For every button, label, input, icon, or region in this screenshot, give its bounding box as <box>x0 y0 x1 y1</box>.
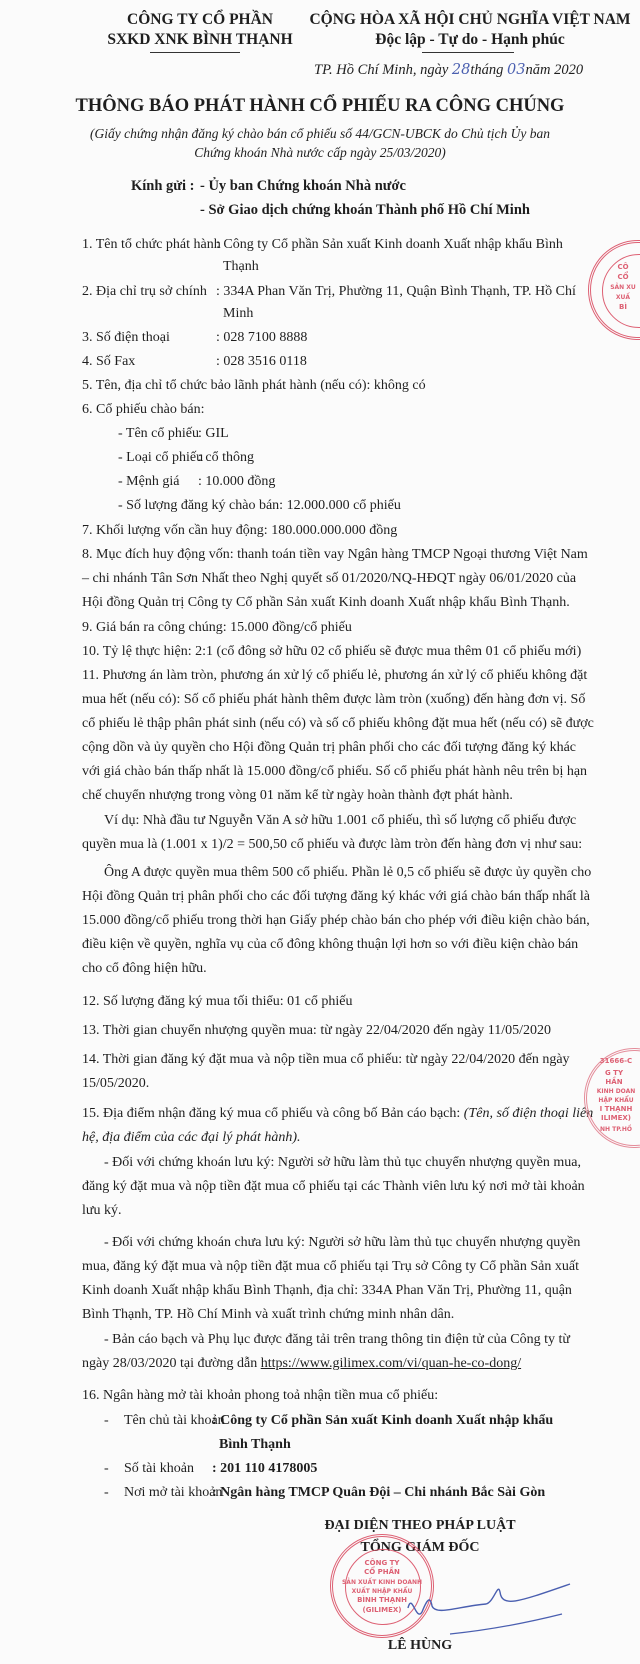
item-6-ticker-value: : GIL <box>198 424 229 444</box>
account-holder-bullet: - <box>104 1411 109 1431</box>
company-line-1: CÔNG TY CỔ PHẦN <box>100 10 300 30</box>
date-year: năm 2020 <box>525 62 583 78</box>
account-number-label: Số tài khoản <box>124 1459 194 1479</box>
account-number-value: : 201 110 4178005 <box>212 1459 317 1479</box>
item-6: 6. Cổ phiếu chào bán: <box>82 400 204 420</box>
margin-seal-top: CÔ CỔ SẢN XU XUẤ BÌ <box>588 240 640 340</box>
margin-seal-bottom-line-3: HẦN <box>547 1078 640 1087</box>
national-motto: CỘNG HÒA XÃ HỘI CHỦ NGHĨA VIỆT NAM Độc l… <box>300 10 640 50</box>
item-6-quantity: - Số lượng đăng ký chào bán: 12.000.000 … <box>118 496 401 516</box>
margin-seal-bottom-line-6: I THẠNH <box>551 1105 640 1114</box>
item-8-line-3: Hội đồng Quản trị Công ty Cổ phần Sản xu… <box>82 593 570 613</box>
item-11-line-2: mua hết (nếu có): Số cổ phiếu phát hành … <box>82 690 585 710</box>
account-bank-value: : Ngân hàng TMCP Quân Đội – Chi nhánh Bắ… <box>212 1483 545 1503</box>
item-11-line-5: với giá chào bán thấp nhất là 15.000 đồn… <box>82 762 587 782</box>
item-7: 7. Khối lượng vốn cần huy động: 180.000.… <box>82 521 397 541</box>
document-date: TP. Hồ Chí Minh, ngày 28tháng 03năm 2020 <box>314 60 583 80</box>
example-line-1: Ví dụ: Nhà đầu tư Nguyễn Văn A sở hữu 1.… <box>104 811 576 831</box>
document-title: THÔNG BÁO PHÁT HÀNH CỔ PHIẾU RA CÔNG CHÚ… <box>0 96 640 117</box>
date-month-handwritten: 03 <box>507 62 525 78</box>
company-name: CÔNG TY CỔ PHẦN SXKD XNK BÌNH THẠNH <box>100 10 300 50</box>
item-10: 10. Tỷ lệ thực hiện: 2:1 (cổ đông sở hữu… <box>82 642 581 662</box>
margin-seal-bottom-line-8: NH TP.HỒ <box>551 1125 640 1134</box>
margin-seal-bottom: 31666-C G TY HẦN KINH DOAN HẬP KHẨU I TH… <box>584 1048 640 1148</box>
item-6-ticker-label: - Tên cổ phiếu <box>118 424 199 444</box>
margin-seal-top-line-1: CÔ <box>561 263 640 272</box>
item-1-value: : Công ty Cổ phần Sản xuất Kinh doanh Xu… <box>216 235 563 255</box>
certificate-note-line-2: Chứng khoán Nhà nước cấp ngày 25/03/2020… <box>0 143 640 163</box>
item-1-value-cont: Thạnh <box>223 257 259 277</box>
margin-seal-top-line-5: BÌ <box>561 303 640 312</box>
margin-seal-top-line-2: CỔ <box>561 273 640 282</box>
item-15-bullet-3-line-2: ngày 28/03/2020 tại đường dẫn https://ww… <box>82 1354 521 1374</box>
item-6-type-label: - Loại cổ phiếu <box>118 448 203 468</box>
item-15-bullet-1-line-1: - Đối với chứng khoán lưu ký: Người sở h… <box>104 1153 581 1173</box>
example2-line-2: Hội đồng Quản trị phân phối cho các đối … <box>82 887 590 907</box>
item-15-line-1: 15. Địa điểm nhận đăng ký mua cổ phiếu v… <box>82 1104 593 1124</box>
account-bank-label: Nơi mở tài khoản <box>124 1483 222 1503</box>
item-8-line-1: 8. Mục đích huy động vốn: thanh toán tiề… <box>82 545 588 565</box>
margin-seal-top-line-3: SẢN XU <box>561 283 640 292</box>
account-holder-value-cont: Bình Thạnh <box>219 1435 291 1455</box>
item-2-label: 2. Địa chỉ trụ sở chính <box>82 282 207 302</box>
item-3-value: : 028 7100 8888 <box>216 328 307 348</box>
company-underline <box>150 52 240 53</box>
nation-title: CỘNG HÒA XÃ HỘI CHỦ NGHĨA VIỆT NAM <box>300 10 640 30</box>
item-6-par-label: - Mệnh giá <box>118 472 179 492</box>
account-number-bullet: - <box>104 1459 109 1479</box>
prospectus-date-text: ngày 28/03/2020 tại đường dẫn <box>82 1356 261 1371</box>
account-holder-label: Tên chủ tài khoản <box>124 1411 225 1431</box>
certificate-note-line-1: (Giấy chứng nhận đăng ký chào bán cổ phi… <box>0 124 640 144</box>
item-15-bullet-2-line-4: Bình Thạnh, TP. Hồ Chí Minh và xuất trìn… <box>82 1305 454 1325</box>
margin-seal-bottom-line-4: KINH DOAN <box>551 1087 640 1096</box>
item-1-label: 1. Tên tổ chức phát hành <box>82 235 221 255</box>
date-day-handwritten: 28 <box>452 62 470 78</box>
margin-seal-bottom-line-2: G TY <box>547 1069 640 1078</box>
item-15-line-2: hệ, địa điểm của các đại lý phát hành). <box>82 1128 301 1148</box>
signature-icon <box>390 1572 590 1638</box>
example2-line-1: Ông A được quyền mua thêm 500 cổ phiếu. … <box>104 863 591 883</box>
item-14-line-2: 15/05/2020. <box>82 1074 149 1094</box>
item-15-bullet-2-line-1: - Đối với chứng khoán chưa lưu ký: Người… <box>104 1233 580 1253</box>
account-holder-value: : Công ty Cổ phần Sản xuất Kinh doanh Xu… <box>212 1411 553 1431</box>
recipient-2: - Sở Giao dịch chứng khoán Thành phố Hồ … <box>200 200 530 220</box>
item-11-line-3: cổ phiếu lẻ thập phân phát sinh (nếu có)… <box>82 714 594 734</box>
item-6-par-value: : 10.000 đồng <box>198 472 275 492</box>
margin-seal-bottom-line-5: HẬP KHẨU <box>551 1096 640 1105</box>
item-6-type-value: : cổ thông <box>198 448 254 468</box>
item-15-text: 15. Địa điểm nhận đăng ký mua cổ phiếu v… <box>82 1106 464 1121</box>
date-prefix: TP. Hồ Chí Minh, ngày <box>314 62 448 78</box>
item-13: 13. Thời gian chuyển nhượng quyền mua: t… <box>82 1021 551 1041</box>
item-8-line-2: – chi nhánh Tân Sơn Nhất theo Nghị quyết… <box>82 569 576 589</box>
prospectus-link[interactable]: https://www.gilimex.com/vi/quan-he-co-do… <box>261 1356 521 1371</box>
signatory-role-1: ĐẠI DIỆN THEO PHÁP LUẬT <box>300 1518 540 1534</box>
seal-line-1: CÔNG TY <box>333 1559 431 1568</box>
example2-line-4: điều kiện về quyền, nghĩa vụ của cổ đông… <box>82 935 578 955</box>
item-9: 9. Giá bán ra công chúng: 15.000 đồng/cổ… <box>82 618 352 638</box>
company-line-2: SXKD XNK BÌNH THẠNH <box>100 30 300 50</box>
item-5: 5. Tên, địa chỉ tổ chức bảo lãnh phát hà… <box>82 376 426 396</box>
item-15-bullet-1-line-3: lưu ký. <box>82 1201 121 1221</box>
date-month-label: tháng <box>470 62 503 78</box>
item-11-line-1: 11. Phương án làm tròn, phương án xử lý … <box>82 666 587 686</box>
item-4-value: : 028 3516 0118 <box>216 352 307 372</box>
item-11-line-4: cộng dồn và ủy quyền cho Hội đồng Quản t… <box>82 738 576 758</box>
item-15-bullet-1-line-2: đăng ký đặt mua và nộp tiền đặt mua cổ p… <box>82 1177 585 1197</box>
item-11-line-6: chế chuyển nhượng trong vòng 01 năm kể t… <box>82 786 513 806</box>
item-15-bullet-3-line-1: - Bản cáo bạch và Phụ lục được đăng tải … <box>104 1330 570 1350</box>
item-3-label: 3. Số điện thoại <box>82 328 170 348</box>
recipient-1: - Ủy ban Chứng khoán Nhà nước <box>200 176 406 196</box>
nation-motto: Độc lập - Tự do - Hạnh phúc <box>300 30 640 50</box>
item-4-label: 4. Số Fax <box>82 352 135 372</box>
account-bank-bullet: - <box>104 1483 109 1503</box>
example-line-2: quyền mua là (1.001 x 1)/2 = 500,50 cổ p… <box>82 835 582 855</box>
example2-line-3: 15.000 đồng/cổ phiếu trong thời hạn Giấy… <box>82 911 590 931</box>
document-page: CÔNG TY CỔ PHẦN SXKD XNK BÌNH THẠNH CỘNG… <box>0 0 640 1664</box>
item-14-line-1: 14. Thời gian đăng ký đặt mua và nộp tiề… <box>82 1050 570 1070</box>
item-15-bullet-2-line-3: Kinh doanh Xuất nhập khẩu Bình Thạnh, đị… <box>82 1281 572 1301</box>
item-2-value-cont: Minh <box>223 304 253 324</box>
item-15-bullet-2-line-2: mua, đăng ký đặt mua và nộp tiền đặt mua… <box>82 1257 579 1277</box>
margin-seal-bottom-line-1: 31666-C <box>551 1057 640 1066</box>
margin-seal-top-line-4: XUẤ <box>561 293 640 302</box>
signatory-name: LÊ HÙNG <box>300 1638 540 1654</box>
motto-underline <box>422 52 514 53</box>
item-12: 12. Số lượng đăng ký mua tối thiểu: 01 c… <box>82 992 352 1012</box>
item-16: 16. Ngân hàng mở tài khoản phong toả nhậ… <box>82 1386 438 1406</box>
recipients-label: Kính gửi : <box>131 176 195 196</box>
example2-line-5: cho cổ đông hiện hữu. <box>82 959 207 979</box>
margin-seal-bottom-line-7: ILIMEX) <box>551 1114 640 1123</box>
item-2-value: : 334A Phan Văn Trị, Phường 11, Quận Bìn… <box>216 282 576 302</box>
